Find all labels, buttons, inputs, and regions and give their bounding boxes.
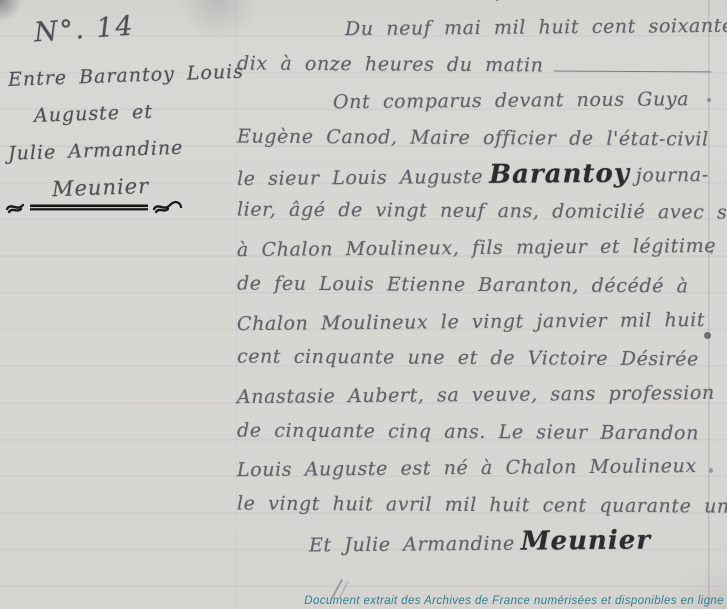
archive-credit: Document extrait des Archives de France …	[304, 595, 724, 607]
line-text: Chalon Moulineux le vingt janvier mil hu…	[237, 302, 705, 343]
surname-meunier: Meunier	[521, 522, 652, 560]
handwritten-line: lier, âgé de vingt neuf ans, domicilié a…	[237, 192, 715, 232]
act-number: N°. 14	[33, 11, 136, 49]
handwritten-line: Eugène Canod, Maire officier de l'état-c…	[237, 119, 715, 159]
line-text: dix à onze heures du matin	[237, 45, 544, 84]
act-body: Du neuf mai mil huit cent soixante dix à…	[237, 10, 715, 560]
handwritten-line: de feu Louis Etienne Baranton, décédé à	[237, 265, 715, 305]
line-text: de cinquante cinq ans. Le sieur Barandon	[237, 412, 699, 452]
line-text: à Chalon Moulineux, fils majeur et légit…	[237, 228, 716, 269]
handwritten-line: Et Julie Armandine Meunier	[237, 522, 715, 563]
ruled-dash	[553, 70, 711, 72]
flourish-icon	[4, 198, 184, 216]
line-text: cent cinquante une et de Victoire Désiré…	[237, 339, 699, 379]
surname-barantoy: Barantoy	[489, 155, 630, 193]
handwritten-line: Anastasie Aubert, sa veuve, sans profess…	[237, 375, 715, 416]
line-text: lier, âgé de vingt neuf ans, domicilié a…	[237, 192, 727, 232]
line-text: Louis Auguste est né à Chalon Moulineux	[237, 448, 697, 489]
line-text: Et Julie Armandine	[309, 525, 515, 563]
handwritten-line: Chalon Moulineux le vingt janvier mil hu…	[237, 301, 715, 342]
scanned-register-page: ’ N°. 14 Entre Barantoy Louis Auguste et…	[0, 0, 727, 609]
handwritten-line: de cinquante cinq ans. Le sieur Barandon	[237, 412, 715, 452]
line-text: Anastasie Aubert, sa veuve, sans profess…	[237, 374, 727, 415]
handwritten-line: à Chalon Moulineux, fils majeur et légit…	[237, 228, 715, 269]
line-text: Eugène Canod, Maire officier de l'état-c…	[237, 119, 709, 159]
handwritten-line: cent cinquante une et de Victoire Désiré…	[237, 339, 715, 379]
margin-note: Entre Barantoy Louis Auguste et Julie Ar…	[8, 58, 228, 206]
line-text: de feu Louis Etienne Baranton, décédé à	[237, 265, 689, 304]
line-text: le vingt huit avril mil huit cent quaran…	[237, 485, 727, 525]
handwritten-line: le sieur Louis Auguste Barantoy journa-	[237, 155, 715, 196]
handwritten-line: le vingt huit avril mil huit cent quaran…	[237, 485, 715, 525]
handwritten-line: Du neuf mai mil huit cent soixante	[237, 8, 715, 49]
handwritten-line: dix à onze heures du matin	[237, 45, 715, 85]
margin-divider-flourish	[4, 198, 184, 220]
margin-column: N°. 14 Entre Barantoy Louis Auguste et J…	[0, 0, 232, 609]
handwritten-line: Louis Auguste est né à Chalon Moulineux	[237, 448, 715, 489]
handwritten-line: Ont comparus devant nous Guya	[237, 81, 715, 122]
line-text: journa-	[636, 157, 709, 194]
line-text: Du neuf mai mil huit cent soixante	[345, 8, 727, 48]
line-text: Ont comparus devant nous Guya	[333, 82, 689, 122]
